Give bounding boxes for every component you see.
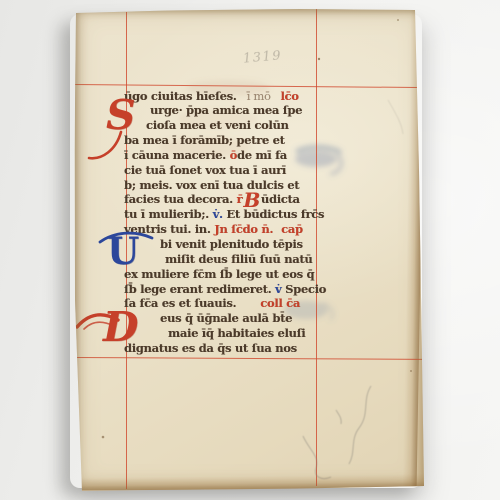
text-segment: ūdicta — [261, 192, 300, 206]
text-segment: ō — [230, 148, 237, 162]
text-segment: ba mea ī forāmīb; petre et — [124, 133, 285, 147]
text-line: facies tua decora. r̄Būdicta — [124, 192, 300, 206]
text-line: ventris tui. in. Jn ſc̄do n̄.cap̄ — [124, 222, 303, 236]
text-segment: ex muliere fc̄m ſb̄ lege ut eos q̄ — [124, 267, 314, 281]
text-line: maie īq̄ habitaies eluſi — [168, 326, 305, 340]
text-segment: cioſa mea et veni colūn — [146, 118, 289, 132]
text-segment: ūgo ciuitas hīeſes. — [124, 89, 237, 103]
text-segment: lc̄o — [280, 89, 298, 103]
text-line: ſa fc̄a es et ſuauis.coll c̄a — [124, 296, 300, 310]
text-line: miſit deus filiū ſuū natū — [165, 252, 312, 266]
text-segment: r̄ — [237, 192, 243, 206]
initial-s: S — [106, 95, 136, 136]
text-line: urge· p̄pa amica mea ſpe — [150, 103, 302, 117]
text-line: cie tuā ſonet vox tua ī aurī — [124, 163, 286, 177]
initial-d: D — [103, 307, 139, 348]
text-line: bi venit plenitudo tēpis — [160, 237, 303, 251]
text-segment: de mī fa — [237, 148, 287, 162]
text-segment: ſa fc̄a es et ſuauis. — [124, 296, 236, 310]
text-segment: urge· p̄pa amica mea ſpe — [150, 103, 302, 117]
text-segment: ſb̄ lege erant redimeret. — [124, 282, 275, 296]
text-segment: cie tuā ſonet vox tua ī aurī — [124, 163, 286, 177]
text-segment: Specio — [281, 282, 326, 296]
text-line: ī cāuna macerie. ōde mī fa — [124, 148, 287, 162]
text-segment: Jn ſc̄do n̄. — [214, 222, 273, 236]
text-segment: eus q̄ ūḡnale aulā bt̄e — [160, 311, 292, 325]
text-line: dignatus es da q̄s ut ſua nos — [124, 341, 297, 355]
text-segment: ī mō — [247, 89, 271, 103]
text-segment: tu ī mulierib;. — [124, 207, 213, 221]
text-line: ūgo ciuitas hīeſes.ī mōlc̄o — [124, 89, 299, 103]
text-line: cioſa mea et veni colūn — [146, 118, 289, 132]
text-segment: miſit deus filiū ſuū natū — [165, 252, 312, 266]
text-segment: cap̄ — [281, 222, 303, 236]
text-segment: maie īq̄ habitaies eluſi — [168, 326, 305, 340]
text-segment: b; meis. vox enī tua dulcis et — [124, 178, 299, 192]
text-segment: dignatus es da q̄s ut ſua nos — [124, 341, 297, 355]
text-line: ba mea ī forāmīb; petre et — [124, 133, 285, 147]
text-line: eus q̄ ūḡnale aulā bt̄e — [160, 311, 292, 325]
text-segment: Et būdictus frc̄s — [223, 207, 324, 221]
text-line: b; meis. vox enī tua dulcis et — [124, 178, 299, 192]
text-segment: ī cāuna macerie. — [124, 148, 230, 162]
text-line: tu ī mulierib;. v̇. Et būdictus frc̄s — [124, 207, 324, 221]
text-segment: coll c̄a — [260, 296, 300, 310]
text-segment: bi venit plenitudo tēpis — [160, 237, 303, 251]
text-line: ex muliere fc̄m ſb̄ lege ut eos q̄ — [124, 267, 314, 281]
text-line: ſb̄ lege erant redimeret. v̇ Specio — [124, 282, 326, 296]
text-segment: facies tua decora. — [124, 192, 237, 206]
text-segment: v̇. — [213, 207, 223, 221]
photograph-background: ūgo ciuitas hīeſes.ī mōlc̄ourge· p̄pa am… — [0, 0, 500, 500]
initial-u: U — [107, 233, 139, 270]
